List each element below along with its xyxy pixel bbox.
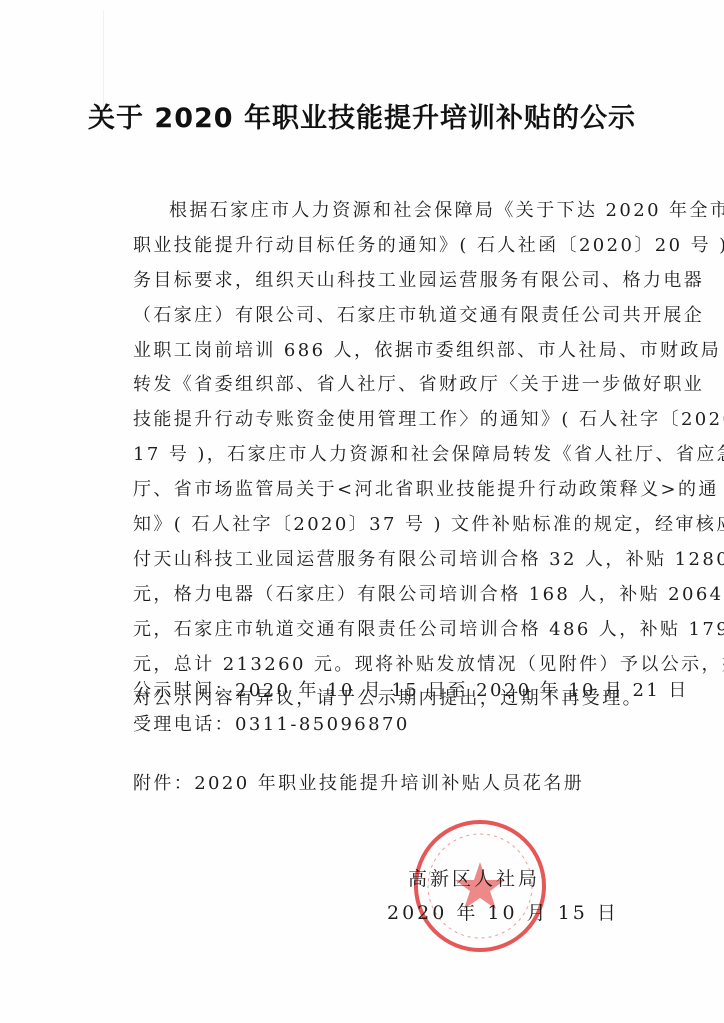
attachment-note: 附件：2020 年职业技能提升培训补贴人员花名册 [133,769,584,795]
issue-date: 2020 年 10 月 15 日 [387,898,619,925]
body-line: 技能提升行动专账资金使用管理工作〉的通知》( 石人社字〔2020〕 [133,403,636,438]
body-line: 厅、省市场监管局关于<河北省职业技能提升行动政策释义>的通 [133,473,636,508]
body-line: 元，格力电器（石家庄）有限公司培训合格 168 人，补贴 20640 [133,578,636,613]
body-line: （石家庄）有限公司、石家庄市轨道交通有限责任公司共开展企 [133,299,636,334]
hotline: 受理电话：0311-85096870 [133,710,410,736]
body-line: 务目标要求，组织天山科技工业园运营服务有限公司、格力电器 [133,264,636,299]
issuer-name: 高新区人社局 [408,864,540,891]
body-line: 17 号 )，石家庄市人力资源和社会保障局转发《省人社厅、省应急 [133,438,636,473]
document-title: 关于 2020 年职业技能提升培训补贴的公示 [0,96,724,135]
body-line: 转发《省委组织部、省人社厅、省财政厅〈关于进一步做好职业 [133,368,636,403]
body-line: 根据石家庄市人力资源和社会保障局《关于下达 2020 年全市 [133,194,636,229]
body-line: 职业技能提升行动目标任务的通知》( 石人社函〔2020〕20 号 ) 任 [133,229,636,264]
body-line: 业职工岗前培训 686 人，依据市委组织部、市人社局、市财政局 [133,334,636,369]
publicity-period: 公示时间：2020 年 10 月 15 日至 2020 年 10 月 21 日 [133,676,689,702]
body-paragraph: 根据石家庄市人力资源和社会保障局《关于下达 2020 年全市 职业技能提升行动目… [133,194,636,717]
document-page: 关于 2020 年职业技能提升培训补贴的公示 根据石家庄市人力资源和社会保障局《… [0,0,724,1023]
body-line: 知》( 石人社字〔2020〕37 号 ) 文件补贴标准的规定，经审核应拨 [133,508,636,543]
body-line: 付天山科技工业园运营服务有限公司培训合格 32 人，补贴 12800 [133,543,636,578]
body-line: 元，石家庄市轨道交通有限责任公司培训合格 486 人，补贴 179820 [133,613,636,648]
